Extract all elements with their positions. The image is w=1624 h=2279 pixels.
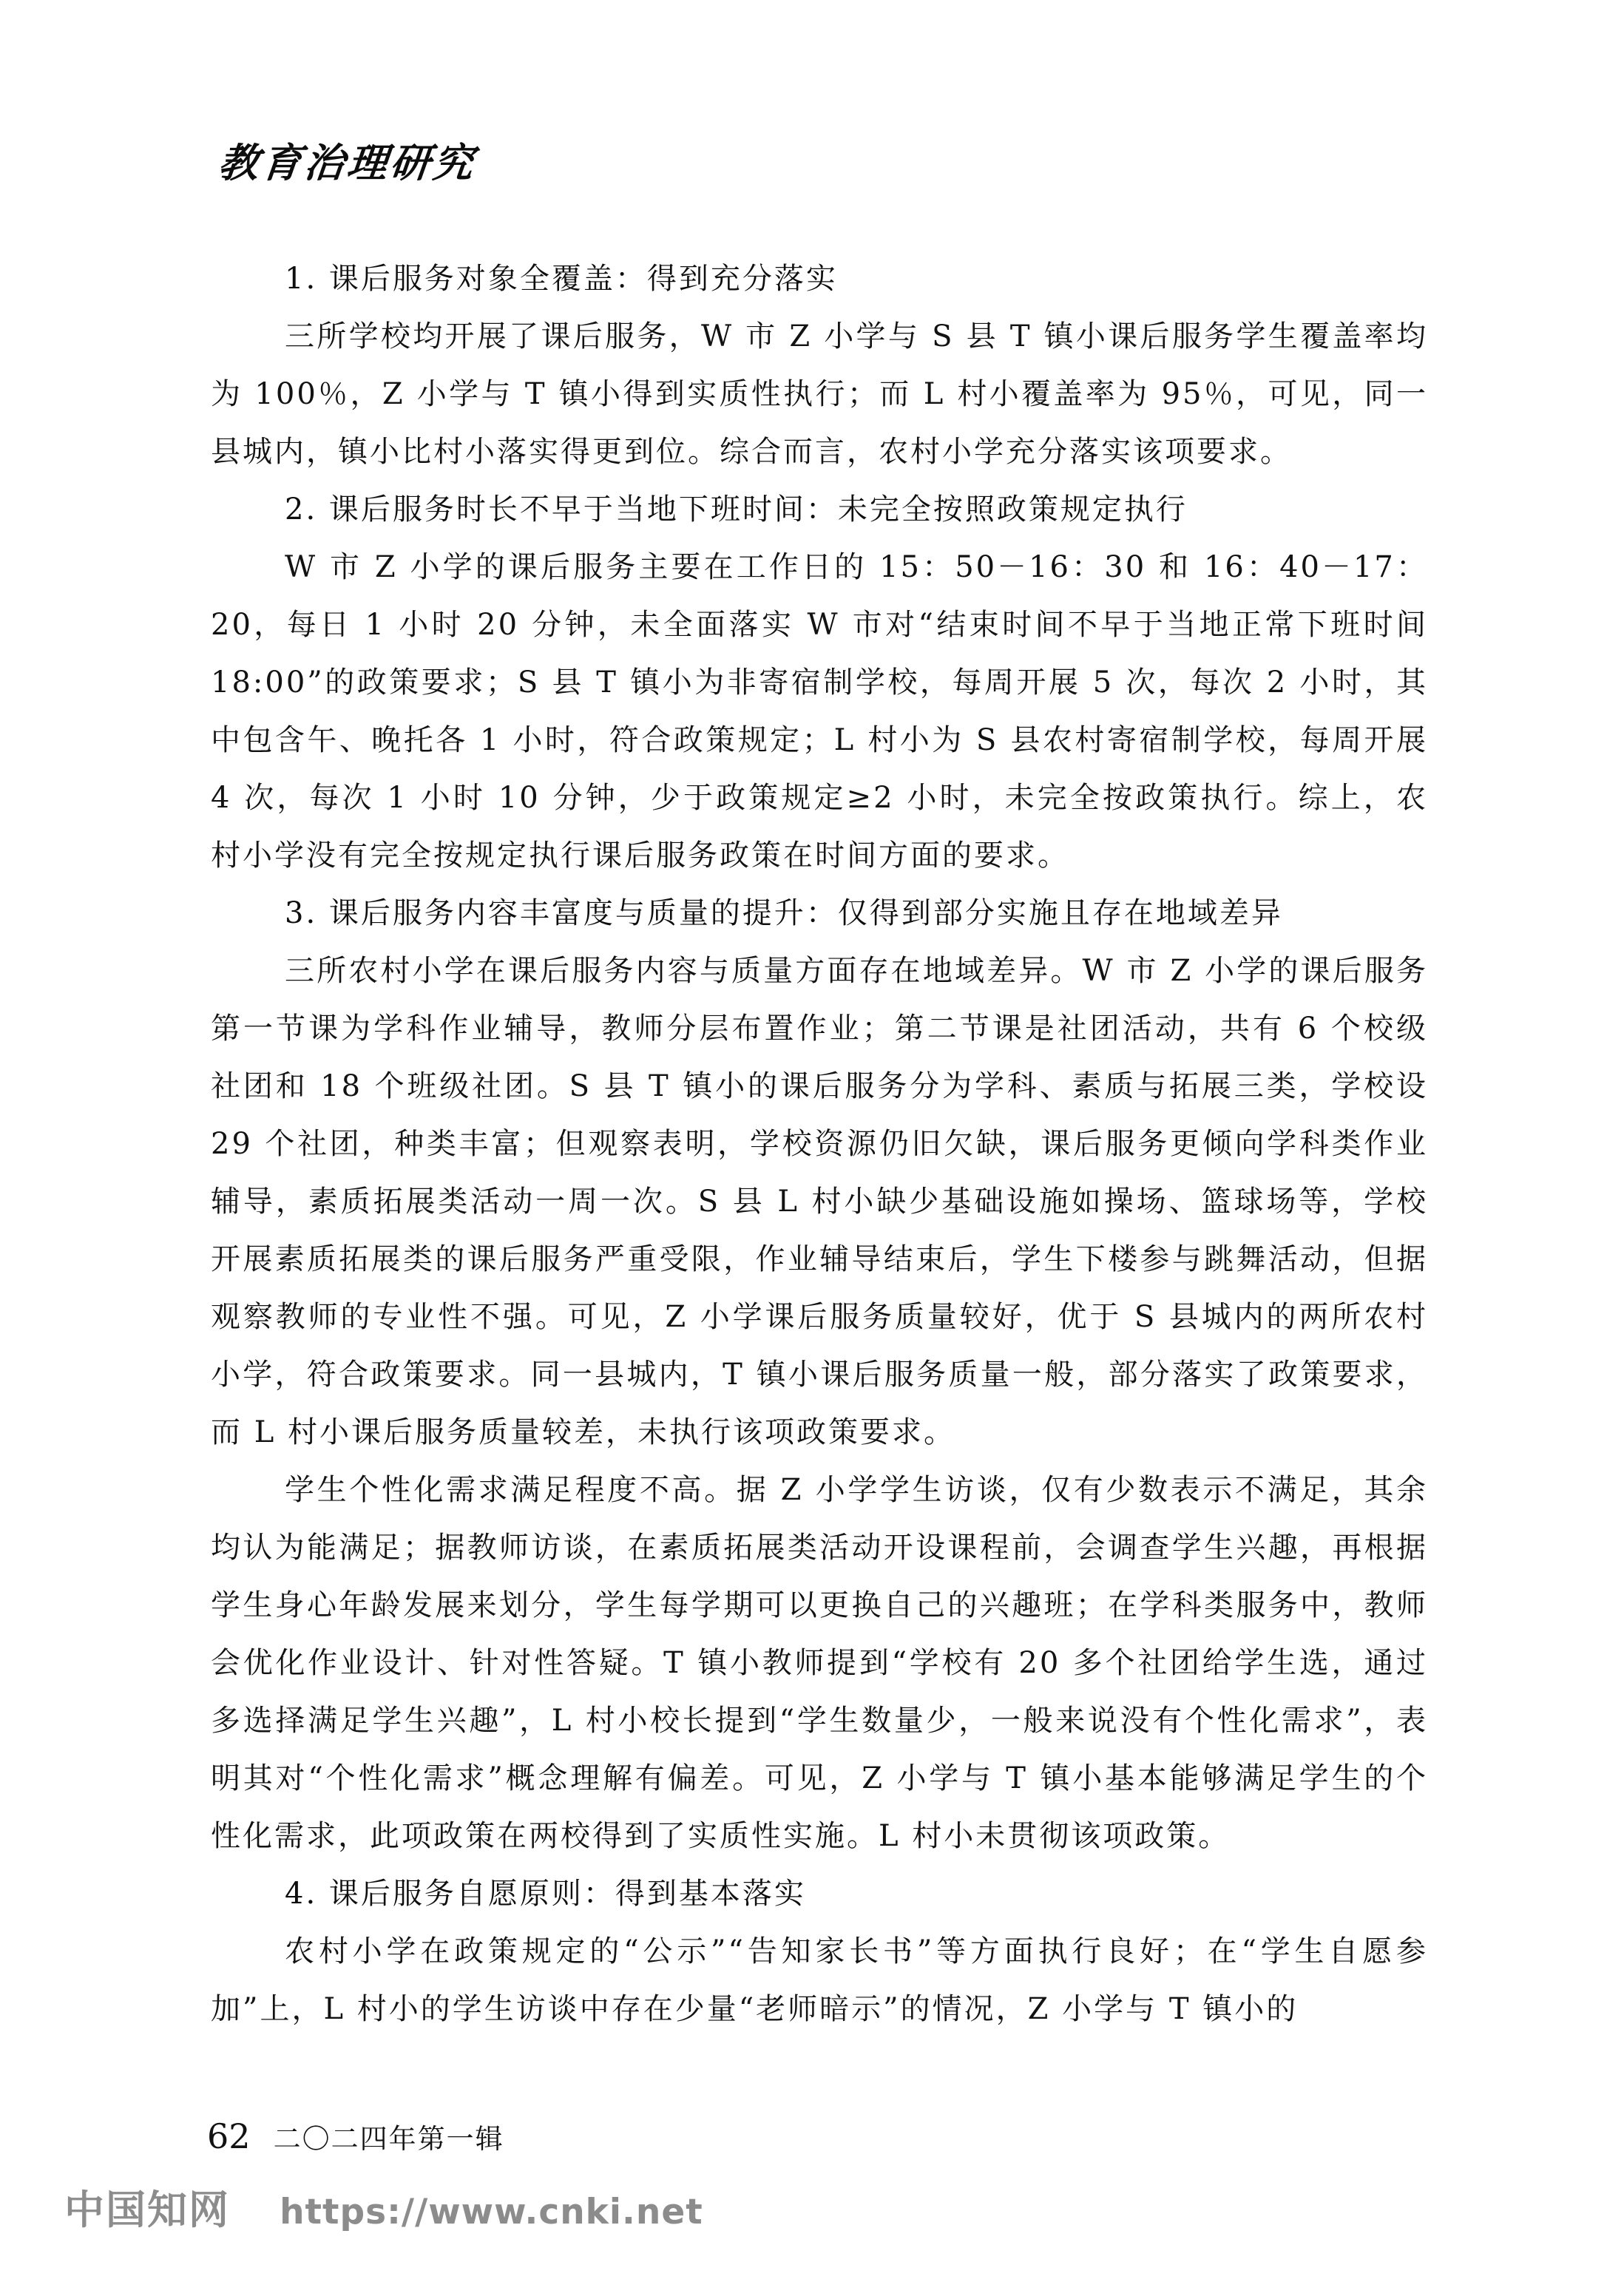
page-number: 62 — [207, 2116, 251, 2156]
paragraph: 三所农村小学在课后服务内容与质量方面存在地域差异。W 市 Z 小学的课后服务第一… — [211, 942, 1428, 1461]
section-heading: 1. 课后服务对象全覆盖：得到充分落实 — [211, 250, 1428, 308]
paragraph: 三所学校均开展了课后服务，W 市 Z 小学与 S 县 T 镇小课后服务学生覆盖率… — [211, 308, 1428, 481]
volume-label: 二〇二四年第一辑 — [274, 2123, 504, 2155]
paragraph: 学生个性化需求满足程度不高。据 Z 小学学生访谈，仅有少数表示不满足，其余均认为… — [211, 1461, 1428, 1865]
paragraph: 农村小学在政策规定的“公示”“告知家长书”等方面执行良好；在“学生自愿参加”上，… — [211, 1923, 1428, 2038]
article-body: 1. 课后服务对象全覆盖：得到充分落实三所学校均开展了课后服务，W 市 Z 小学… — [211, 250, 1428, 2038]
journal-page: 教育治理研究 1. 课后服务对象全覆盖：得到充分落实三所学校均开展了课后服务，W… — [0, 0, 1624, 2279]
section-heading: 3. 课后服务内容丰富度与质量的提升：仅得到部分实施且存在地域差异 — [211, 884, 1428, 942]
cnki-logo-text: 中国知网 — [64, 2187, 230, 2233]
cnki-watermark: 中国知网 https://www.cnki.net — [64, 2178, 703, 2235]
section-heading: 4. 课后服务自愿原则：得到基本落实 — [211, 1865, 1428, 1923]
journal-logo: 教育治理研究 — [216, 132, 479, 189]
paragraph: W 市 Z 小学的课后服务主要在工作日的 15：50－16：30 和 16：40… — [211, 538, 1428, 884]
section-heading: 2. 课后服务时长不早于当地下班时间：未完全按照政策规定执行 — [211, 481, 1428, 538]
page-footer: 62 二〇二四年第一辑 — [207, 2116, 504, 2156]
cnki-url: https://www.cnki.net — [280, 2192, 703, 2232]
